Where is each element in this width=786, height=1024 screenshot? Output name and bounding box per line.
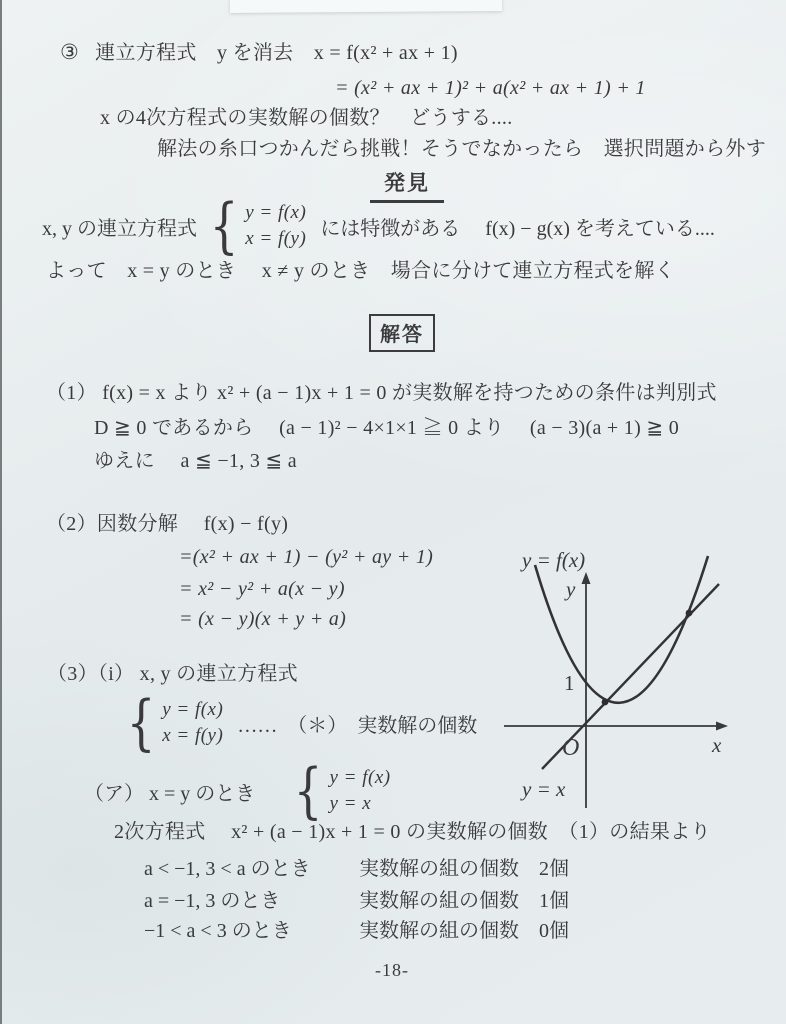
expanded-equation: = (x² + ax + 1)² + a(x² + ax + 1) + 1 — [335, 76, 646, 100]
part2-step2: = x² − y² + a(x − y) — [179, 577, 345, 601]
case-result: 実数解の組の個数 0個 — [359, 920, 569, 942]
case-condition: a < −1, 3 < a のとき — [144, 852, 354, 881]
function-graph: y = f(x) y 1 O x y = x — [492, 540, 742, 820]
unit-one-label: 1 — [564, 671, 575, 695]
equation-stack: y = f(x) y = x — [329, 765, 390, 817]
part1-result-line: ゆえに a ≦ −1, 3 ≦ a — [94, 449, 297, 473]
case-result: 実数解の組の個数 2個 — [359, 858, 569, 880]
part1-condition-line: （1） f(x) = x より x² + (a − 1)x + 1 = 0 が実… — [46, 381, 717, 405]
case-condition: a = −1, 3 のとき — [144, 884, 354, 913]
problem-title: 連立方程式 y を消去 x = f(x² + ax + 1) — [95, 42, 458, 64]
parabola-curve — [535, 556, 708, 703]
case-condition: −1 < a < 3 のとき — [144, 914, 354, 943]
case-result-row: a = −1, 3 のとき 実数解の組の個数 1個 — [144, 884, 569, 913]
x-axis-label: x — [711, 733, 722, 757]
part2-step1: =(x² + ax + 1) − (y² + ay + 1) — [179, 545, 433, 569]
discovery-system-row: x, y の連立方程式 { y = f(x) x = f(y) には特徴がある … — [42, 197, 715, 255]
equation-stack: y = f(x) x = f(y) — [162, 697, 223, 749]
case-a-row: （ア） x = y のとき { y = f(x) y = x — [84, 762, 391, 820]
case-a-prefix: （ア） x = y のとき — [84, 777, 255, 806]
paper-tape-edge — [230, 0, 502, 13]
question-line: x の4次方程式の実数解の個数？ どうする.... — [100, 106, 513, 130]
scanned-worksheet-page: ③連立方程式 y を消去 x = f(x² + ax + 1) = (x² + … — [0, 0, 786, 1024]
system-prefix: x, y の連立方程式 — [42, 212, 197, 241]
identity-line-label: y = x — [520, 777, 566, 801]
page-number: -18- — [357, 960, 427, 981]
system-equation-2: x = f(y) — [245, 226, 306, 252]
curve-label: y = f(x) — [520, 548, 585, 572]
y-axis-arrow — [582, 572, 591, 584]
system-equation-2: y = x — [329, 791, 390, 817]
system-equation-1: y = f(x) — [245, 200, 306, 226]
intersection-dot-lower — [602, 699, 609, 706]
case-result: 実数解の組の個数 1個 — [359, 890, 569, 912]
strategy-line: 解法の糸口つかんだら挑戦！そうでなかったら 選択問題から外す — [157, 137, 766, 161]
case-split-conclusion: よって x = y のとき x ≠ y のとき 場合に分けて連立方程式を解く — [46, 259, 675, 283]
system-equation-2: x = f(y) — [162, 723, 223, 749]
quadratic-note-line: 2次方程式 x² + (a − 1)x + 1 = 0 の実数解の個数 （1）の… — [114, 820, 711, 844]
part2-label-line: （2）因数分解 f(x) − f(y) — [46, 512, 288, 536]
case-result-row: −1 < a < 3 のとき 実数解の組の個数 0個 — [144, 914, 569, 943]
origin-label: O — [562, 735, 579, 761]
x-axis-arrow — [716, 722, 728, 731]
problem-number: ③ — [60, 40, 79, 64]
problem-header-line: ③連立方程式 y を消去 x = f(x² + ax + 1) — [60, 40, 458, 65]
system-suffix: には特徴がある f(x) − g(x) を考えている.... — [320, 212, 715, 241]
y-axis-label: y — [564, 577, 576, 601]
case-result-row: a < −1, 3 < a のとき 実数解の組の個数 2個 — [144, 852, 569, 881]
answer-heading: 解答 — [369, 314, 435, 352]
part3-system-row: { y = f(x) x = f(y) …… （＊） 実数解の個数 — [122, 694, 477, 752]
equation-stack: y = f(x) x = f(y) — [245, 200, 306, 252]
intersection-dot-upper — [686, 610, 693, 617]
system-equation-1: y = f(x) — [329, 765, 390, 791]
system-suffix: …… （＊） 実数解の個数 — [237, 709, 477, 738]
part2-step3: = (x − y)(x + y + a) — [179, 607, 346, 631]
part1-discriminant-line: D ≧ 0 であるから (a − 1)² − 4×1×1 ≧ 0 より (a −… — [94, 416, 679, 440]
system-equation-1: y = f(x) — [162, 697, 223, 723]
part3-label-line: （3）（i） x, y の連立方程式 — [47, 662, 298, 686]
